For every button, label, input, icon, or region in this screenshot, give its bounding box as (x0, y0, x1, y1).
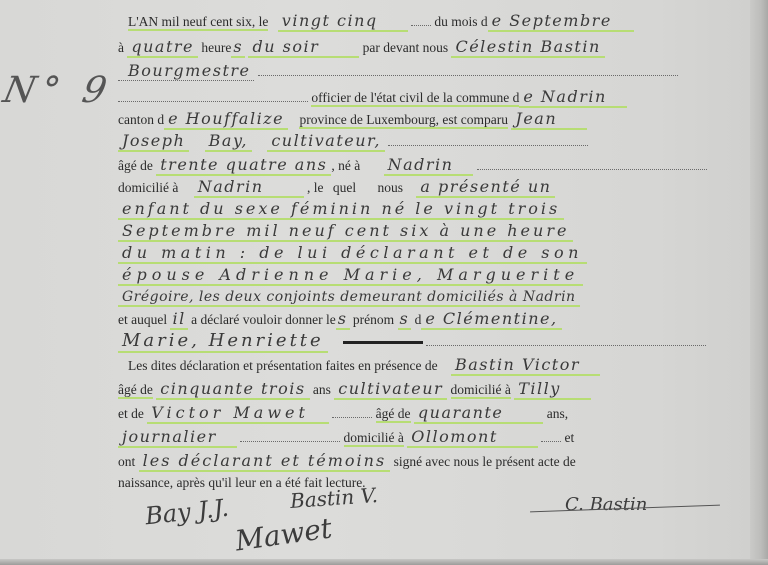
handwritten-witness-1: Bastin Victor (451, 355, 600, 376)
handwritten-domicile: Ollomont (407, 427, 538, 448)
line-body-4: épouse Adrienne Marie, Marguerite (118, 264, 583, 286)
printed-text: et de (118, 406, 144, 421)
line-signed: ont les déclarant et témoins signé avec … (118, 450, 576, 472)
handwritten-officer-name: Célestin Bastin (451, 37, 604, 58)
line-declarant: Joseph Bay, cultivateur, (118, 130, 588, 152)
closing-bar (343, 341, 423, 344)
line-witness-2-details: journalier domicilié à Ollomont et (118, 426, 574, 448)
line-body-1: enfant du sexe féminin né le vingt trois (118, 198, 564, 220)
printed-text: L'AN mil neuf cent six, le (128, 14, 268, 31)
printed-text: signé avec nous le présent acte de (394, 454, 576, 469)
signature-declarant: Bay J.J. (144, 494, 230, 531)
printed-text: quel (333, 180, 356, 195)
handwritten-signatories: les déclarant et témoins (139, 451, 391, 472)
printed-text: , l (307, 180, 318, 195)
handwritten-text: épouse Adrienne Marie, Marguerite (118, 265, 583, 286)
printed-text: ont (118, 454, 135, 469)
printed-text: et (565, 430, 575, 445)
handwritten-declarant-first-name: Jean (511, 109, 587, 130)
printed-text: domicilié à (344, 430, 404, 447)
handwritten-surname: Bay, (205, 131, 252, 152)
line-body-2: Septembre mil neuf cent six à une heure (118, 220, 573, 242)
signature-witness-1: Bastin V. (289, 483, 378, 513)
bottom-edge (0, 559, 768, 565)
handwritten-birthplace: Nadrin (384, 155, 474, 176)
line-given-names-cont: Marie, Henriette (118, 330, 706, 352)
printed-text: ans, (547, 406, 568, 421)
printed-text: e (317, 180, 323, 195)
printed-text: prénom (353, 312, 394, 327)
signature-witness-2: Mawet (233, 511, 334, 557)
handwritten-declarant-name: Joseph (118, 131, 189, 152)
line-witness-2: et de Victor Mawet âgé de quarante ans, (118, 402, 568, 424)
printed-text: , né à (331, 158, 360, 173)
handwritten-profession: cultivateur, (267, 131, 385, 152)
printed-text: domicilié à (118, 180, 178, 195)
handwritten-text: Grégoire, les deux conjoints demeurant d… (118, 289, 580, 307)
handwritten-title: Bourgmestre (118, 61, 254, 81)
printed-text: heure (201, 40, 231, 55)
handwritten-text: Septembre mil neuf cent six à une heure (118, 221, 573, 242)
printed-text: par devant nous (363, 40, 448, 55)
handwritten-day: vingt cinq (278, 11, 408, 32)
printed-text: province de Luxembourg, est comparu (299, 112, 508, 129)
printed-text: canton d (118, 112, 164, 127)
printed-text: âgé de (118, 158, 153, 173)
printed-text: et auquel (118, 312, 167, 327)
printed-text: à (118, 40, 124, 55)
handwritten-text: a présenté un (416, 177, 555, 198)
handwritten-pronoun: il (170, 309, 187, 330)
handwritten-text: du matin : de lui déclarant et de son (118, 243, 587, 264)
page-edge (750, 0, 768, 565)
handwritten-domicile: Tilly (514, 379, 591, 400)
line-age: âgé de trente quatre ans, né à Nadrin (118, 154, 707, 176)
handwritten-time-of-day: du soir (248, 37, 359, 58)
handwritten-canton: e Houffalize (164, 109, 288, 130)
handwritten-domicile: Nadrin (194, 177, 304, 198)
handwritten-plural: s (398, 309, 412, 330)
line-body-3: du matin : de lui déclarant et de son (118, 242, 587, 264)
printed-text: âgé de (118, 382, 153, 399)
line-commune: officier de l'état civil de la commune d… (118, 86, 627, 108)
line-witness-1-details: âgé de cinquante trois ans cultivateur d… (118, 378, 591, 400)
line-canton: canton de Houffalize province de Luxembo… (118, 108, 587, 130)
handwritten-plural: s (231, 37, 245, 58)
handwritten-first-name: e Clémentine, (421, 309, 561, 330)
printed-text: nous (377, 180, 403, 195)
printed-text: domicilié à (451, 382, 511, 399)
line-body-5: Grégoire, les deux conjoints demeurant d… (118, 286, 580, 308)
line-title: Bourgmestre (118, 60, 678, 82)
printed-text: du mois d (434, 14, 487, 29)
act-number: N° 9 (0, 70, 116, 111)
handwritten-month: e Septembre (488, 11, 634, 32)
line-domicile: domicilié à Nadrin , le quel nous a prés… (118, 176, 555, 198)
handwritten-hour: quatre (127, 37, 198, 58)
line-hour: à quatre heures du soir par devant nous … (118, 36, 605, 58)
signature-officer: C. Bastin (565, 494, 647, 515)
handwritten-age: trente quatre ans (156, 155, 331, 176)
printed-text: âgé de (376, 406, 411, 423)
printed-text: ans (313, 382, 331, 397)
printed-text: Les dites déclaration et présentation fa… (128, 358, 438, 373)
handwritten-profession: journalier (118, 427, 237, 448)
line-given-names: et auquel il a déclaré vouloir donner le… (118, 308, 562, 330)
handwritten-middle-names: Marie, Henriette (118, 330, 328, 353)
printed-text: officier de l'état civil de la commune d (311, 90, 519, 107)
handwritten-age: quarante (414, 403, 543, 424)
handwritten-plural: s (336, 309, 350, 330)
printed-text: a déclaré vouloir donner le (191, 312, 336, 327)
handwritten-text: enfant du sexe féminin né le vingt trois (118, 199, 564, 220)
line-year: L'AN mil neuf cent six, le vingt cinq du… (128, 10, 634, 32)
handwritten-witness-2: Victor Mawet (147, 403, 329, 424)
handwritten-age: cinquante trois (156, 379, 309, 400)
handwritten-profession: cultivateur (334, 379, 447, 400)
line-witnesses: Les dites déclaration et présentation fa… (128, 354, 600, 376)
handwritten-commune: e Nadrin (519, 87, 626, 108)
